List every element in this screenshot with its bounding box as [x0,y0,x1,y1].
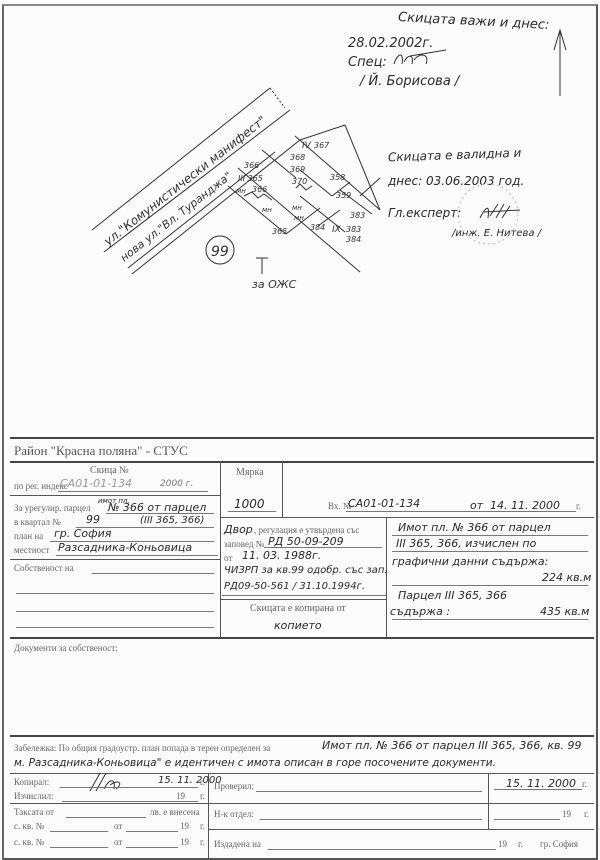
lot-label: 366 [252,185,267,194]
lot-label: 370 [292,177,307,186]
property-note-line: съдържа : [390,605,450,618]
reg-index-value: CA01-01-134 [60,477,132,490]
yard-prefix: Двор [224,523,253,536]
lot-label: 366 [244,161,259,170]
checked-label: Проверил: [214,781,254,791]
block-value: 99 [86,513,100,526]
signature-icon [86,771,126,793]
property-note-line: Парцел III 365, 366 [398,589,507,602]
locality-value: Разсадника-Коньовица [58,541,192,554]
copy-value: копието [274,619,322,632]
amendment-line-1: ЧИЗРП за кв.99 одобр. със зап. [224,565,388,576]
head-century: 19 [562,809,571,819]
remark-value-1: Имот пл. № 366 от парцел III 365, 366, к… [322,739,581,752]
copied-year-suffix: г. [200,777,205,787]
yard-label: , регулация е утвърдена със [254,525,359,535]
scale-value: 1000 [234,497,265,511]
copied-label: Копирал: [14,777,49,787]
incoming-date-suffix: г. [576,501,581,511]
remark-label: Забележка: По общия градоустр. план попа… [14,743,270,753]
receipt2-century: 19 [180,837,189,847]
property-note-line: графични данни съдържа: [392,555,548,568]
cadastral-sketch: ул."Комунистически манифест" нова ул."Вл… [0,0,600,430]
lot-label: 359 [336,191,351,200]
public-area-label: за ОЖС [252,278,297,291]
receipt2-year-suffix: г. [200,837,205,847]
property-area: 224 кв.м [542,571,591,584]
lot-label: 365 [272,227,287,236]
lot-label: мн [294,214,304,222]
sketch-no-label: Скица № [90,465,129,476]
lot-label: мн [262,206,272,214]
amendment-line-2: РД09-50-561 / 31.10.1994г. [224,581,365,592]
issued-city: гр. София [540,839,578,849]
receipt1-date-label: от [114,821,122,831]
lot-label: IX [332,225,342,235]
property-note-line: III 365, 366, изчислен по [396,537,536,550]
copy-label: Скицата е копирана от [250,603,346,614]
owner-label: Собственост на [14,563,74,573]
plot-label: За урегулир. парцел [14,503,90,513]
reg-index-year: 2000 г. [160,479,193,489]
lot-label: 369 [290,165,305,174]
scanned-document: Скицата важи и днес: 28.02.2002г. Спец: … [0,0,600,860]
receipt2-label: с. кв. № [14,837,44,847]
fee-suffix: лв. е внесена [150,807,200,817]
parcel-area: 435 кв.м [540,605,589,618]
issued-year-suffix: г. [518,839,523,849]
order-date-value: 11. 03. 1988г. [242,549,321,562]
block-number: 99 [211,244,229,260]
incoming-no: CA01-01-134 [348,497,420,510]
issued-label: Издадена на [214,839,261,849]
receipt2-date-label: от [114,837,122,847]
fee-label: Таксата от [14,807,54,817]
receipt1-year-suffix: г. [200,821,205,831]
scale-label: Мярка [236,467,264,478]
receipt1-label: с. кв. № [14,821,44,831]
remark-value-2: м. Разсадника-Коньовица" е идентичен с и… [14,757,496,769]
lot-label: 383 [346,225,361,234]
lot-label: 358 [330,173,345,182]
lot-label: мн [292,204,302,212]
checked-year-suffix: г. [582,779,587,789]
calculated-label: Изчислил: [14,791,54,801]
lot-label: 367 [314,141,330,150]
calculated-century: 19 [176,791,185,801]
block-parcel: (III 365, 366) [140,515,204,526]
lot-label: III 365 [238,174,263,183]
lot-label: 384 [346,235,361,244]
plan-label: план на [14,531,43,541]
locality-label: местност [14,545,49,555]
district-header: Район "Красна поляна" - СТУС [14,443,188,459]
head-year-suffix: г. [584,809,589,819]
plan-value: гр. София [54,527,111,540]
head-label: Н-к отдел: [214,809,254,819]
copied-date: 15. 11. 2000 [158,775,222,786]
sketch-form: Район "Красна поляна" - СТУС Скица № по … [10,437,594,859]
lot-label: 368 [290,153,305,162]
block-label: в квартал № [14,517,61,527]
ownership-docs-label: Документи за собственост: [14,643,118,653]
lot-label: 384 [310,223,325,232]
lot-label: IV [302,141,312,151]
lot-label: 383 [350,211,365,220]
order-label: заповед № [224,539,264,549]
order-date-label: от [224,553,232,563]
calculated-year-suffix: г. [200,791,205,801]
lot-label: мн [236,187,246,195]
property-note-line: Имот пл. № 366 от парцел [398,521,551,534]
receipt1-century: 19 [180,821,189,831]
issued-century: 19 [498,839,507,849]
